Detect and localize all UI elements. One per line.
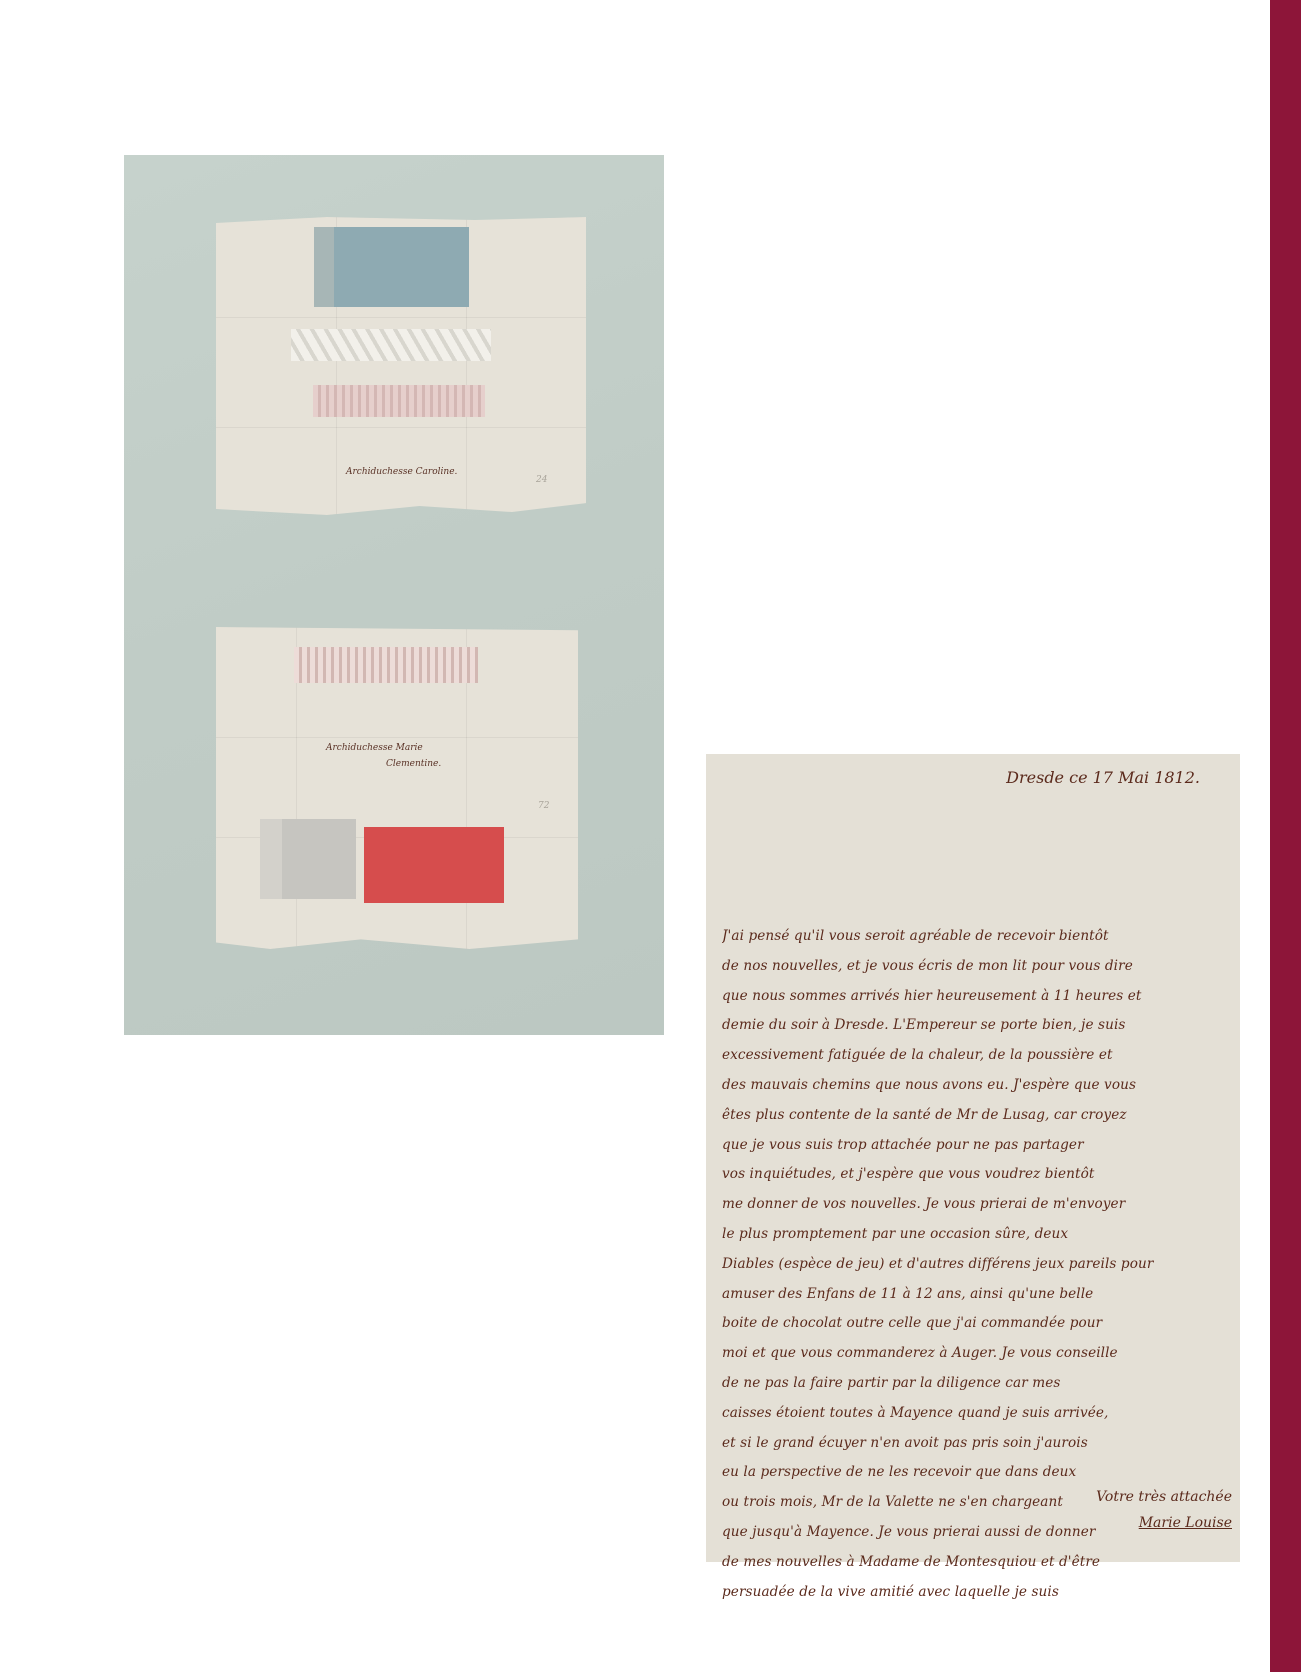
- swatch-caption-line1: Archiduchesse Marie: [326, 743, 423, 753]
- blue-ribbon-swatch: [314, 227, 469, 307]
- letter-line: des mauvais chemins que nous avons eu. J…: [722, 1071, 1228, 1101]
- red-silk-swatch: [364, 827, 504, 903]
- letter-line: boite de chocolat outre celle que j'ai c…: [722, 1309, 1228, 1339]
- letter-dateline: Dresde ce 17 Mai 1812.: [1006, 768, 1200, 787]
- swatch-sheet-bottom: Archiduchesse Marie Clementine. 72: [216, 627, 578, 949]
- signature: Marie Louise: [1096, 1510, 1232, 1536]
- letter-line: vos inquiétudes, et j'espère que vous vo…: [722, 1160, 1228, 1190]
- letter-line: êtes plus contente de la santé de Mr de …: [722, 1101, 1228, 1131]
- letter-line: Diables (espèce de jeu) et d'autres diff…: [722, 1250, 1228, 1280]
- letter-line: le plus promptement par une occasion sûr…: [722, 1220, 1228, 1250]
- letter-line: que nous sommes arrivés hier heureusemen…: [722, 982, 1228, 1012]
- letter-line: demie du soir à Dresde. L'Empereur se po…: [722, 1011, 1228, 1041]
- letter-line: J'ai pensé qu'il vous seroit agréable de…: [722, 922, 1228, 952]
- letter-line: caisses étoient toutes à Mayence quand j…: [722, 1399, 1228, 1429]
- swatch-caption-line2: Clementine.: [386, 759, 441, 769]
- letter-line: de ne pas la faire partir par la diligen…: [722, 1369, 1228, 1399]
- fold-line: [216, 317, 586, 318]
- pink-braid-swatch: [313, 385, 485, 417]
- fold-line: [216, 737, 578, 738]
- swatch-number: 24: [536, 475, 547, 485]
- letter-line: moi et que vous commanderez à Auger. Je …: [722, 1339, 1228, 1369]
- handwritten-letter: Dresde ce 17 Mai 1812. J'ai pensé qu'il …: [706, 754, 1240, 1562]
- letter-line: de mes nouvelles à Madame de Montesquiou…: [722, 1548, 1228, 1578]
- side-accent-bar: [1270, 0, 1301, 1672]
- swatch-number: 72: [538, 801, 549, 811]
- pink-lace-swatch: [294, 647, 478, 683]
- letter-closing: Votre très attachée Marie Louise: [1096, 1484, 1232, 1536]
- letter-line: me donner de vos nouvelles. Je vous prie…: [722, 1190, 1228, 1220]
- grey-ribbon-swatch: [260, 819, 356, 899]
- closing-line: Votre très attachée: [1096, 1484, 1232, 1510]
- letter-line: excessivement fatiguée de la chaleur, de…: [722, 1041, 1228, 1071]
- swatch-sheet-top: Archiduchesse Caroline. 24: [216, 217, 586, 515]
- letter-line: amuser des Enfans de 11 à 12 ans, ainsi …: [722, 1280, 1228, 1310]
- letter-line: persuadée de la vive amitié avec laquell…: [722, 1578, 1228, 1608]
- fabric-swatch-photo: Archiduchesse Caroline. 24 Archiduchesse…: [124, 155, 664, 1035]
- letter-line: de nos nouvelles, et je vous écris de mo…: [722, 952, 1228, 982]
- white-braid-swatch: [291, 329, 491, 361]
- letter-line: que je vous suis trop attachée pour ne p…: [722, 1131, 1228, 1161]
- fold-line: [216, 427, 586, 428]
- swatch-caption: Archiduchesse Caroline.: [346, 467, 457, 477]
- letter-line: et si le grand écuyer n'en avoit pas pri…: [722, 1429, 1228, 1459]
